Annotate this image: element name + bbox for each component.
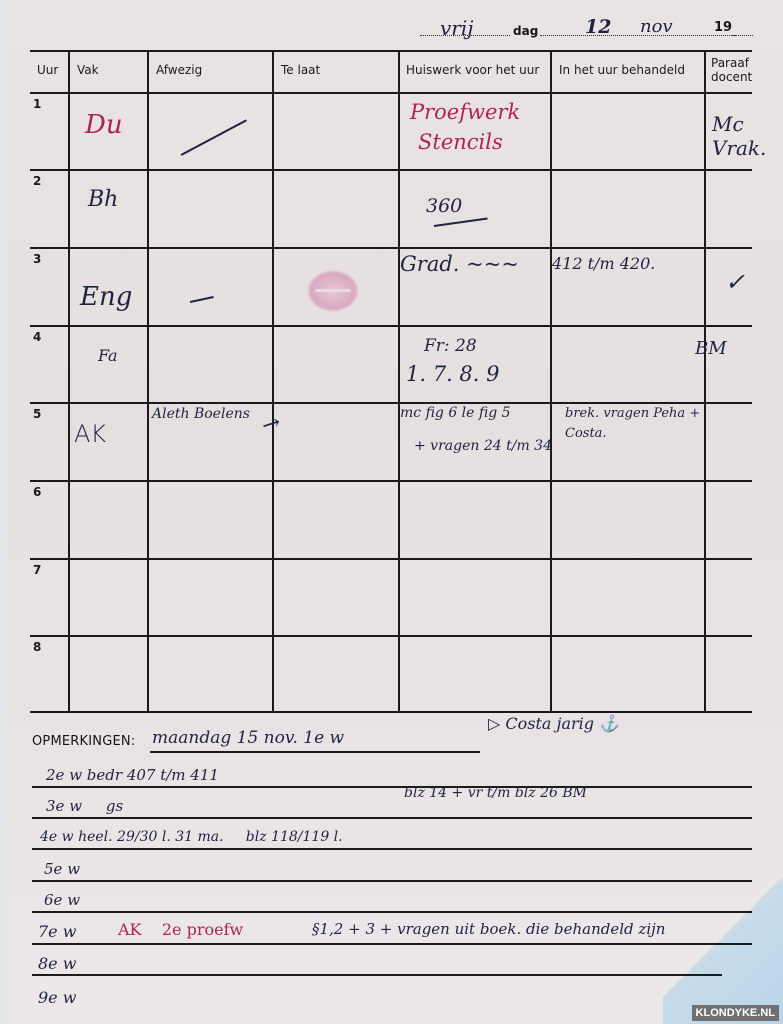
note-line-4: 4e w heel. 29/30 l. 31 ma. blz 118/119 l… [40,829,343,845]
row-number: 3 [33,252,41,266]
note-line-3: 3e w gs [46,797,123,815]
note-line [32,848,752,850]
month: nov [640,16,673,37]
grid-line [30,169,752,171]
row1-paraaf: Mc Vrak. [712,112,772,160]
row2-vak: Bh [88,187,118,212]
note-line-2: 2e w bedr 407 t/m 411 [46,766,219,784]
col-header-behandeld: In het uur behandeld [552,50,704,92]
grid-line [68,50,70,713]
col-header-afwezig: Afwezig [149,50,272,92]
year-dotted-line [731,35,753,36]
note-line-5: 5e w [44,860,80,878]
grid-line [30,711,752,713]
grid-line [30,635,752,637]
row5-huiswerk-line2: + vragen 24 t/m 34 [414,438,552,454]
note-line [32,943,752,945]
row3-huiswerk: Grad. ~~~ [400,252,519,276]
lipstick-kiss-mark [307,270,359,312]
grid-line [30,247,752,249]
note-line [32,974,722,976]
row5-behandeld: brek. vragen Peha + Costa. [565,404,705,444]
note-line-7-red: AK 2e proefw [118,920,243,939]
watermark: KLONDYKE.NL [692,1005,779,1021]
note-line-9: 9e w [38,988,76,1007]
col-header-huiswerk: Huiswerk voor het uur [400,50,550,92]
col-header-te-laat: Te laat [274,50,398,92]
col-header-uur: Uur [30,50,68,92]
grid-line [704,50,706,713]
grid-line [398,50,400,713]
day-name: vrij [440,16,473,40]
background-corner [663,874,783,1024]
row1-vak: Du [85,110,123,140]
note-line [32,911,752,913]
row-number: 5 [33,407,41,421]
row3-behandeld: 412 t/m 420. [552,254,655,273]
row5-vak: AK [74,420,106,448]
row1-huiswerk-line1: Proefwerk [410,100,520,124]
row-number: 4 [33,330,41,344]
row-number: 8 [33,640,41,654]
timetable-grid: Uur Vak Afwezig Te laat Huiswerk voor he… [30,50,752,712]
row5-afwezig: Aleth Boelens [152,404,262,424]
grid-line [147,50,149,713]
row3-vak: Eng [80,282,132,312]
note-line-6: 6e w [44,891,80,909]
grid-line [272,50,274,713]
row2-huiswerk: 360 [426,195,462,217]
row4-huiswerk-line1: Fr: 28 [424,336,477,356]
note-line-3-right: blz 14 + vr t/m blz 26 BM [404,785,587,801]
note-line-8: 8e w [38,954,76,973]
year-prefix: 19 [714,20,732,35]
note-line [32,880,752,882]
row4-vak: Fa [98,346,118,365]
row4-paraaf: BM [695,338,727,359]
row-number: 6 [33,485,41,499]
date-dotted-line [540,35,736,36]
col-header-vak: Vak [70,50,147,92]
note-line-7: 7e w [38,922,76,941]
opmerkingen-label: OPMERKINGEN: [32,734,135,749]
grid-line [550,50,552,713]
col-header-paraaf: Paraaf docent [706,50,754,92]
row1-huiswerk-line2: Stencils [418,130,503,154]
row-number: 7 [33,563,41,577]
note-line [32,786,752,788]
grid-line [30,480,752,482]
day-label: dag [513,24,538,38]
note-line-7-rest: §1,2 + 3 + vragen uit boek. die behandel… [312,920,665,938]
note-line-1: maandag 15 nov. 1e w [152,728,344,748]
opmerkingen-top-note: ▷ Costa jarig ⚓ [488,714,619,733]
row-number: 1 [33,97,41,111]
row3-paraaf-signature: ✓ [725,268,745,296]
row-number: 2 [33,174,41,188]
grid-line [30,325,752,327]
note-line [32,817,752,819]
day-number: 12 [585,16,611,38]
grid-line [30,92,752,94]
row4-huiswerk-line2: 1. 7. 8. 9 [406,362,500,386]
note-line [150,751,480,753]
row5-huiswerk-line1: mc fig 6 le fig 5 [400,405,511,421]
grid-line [30,558,752,560]
